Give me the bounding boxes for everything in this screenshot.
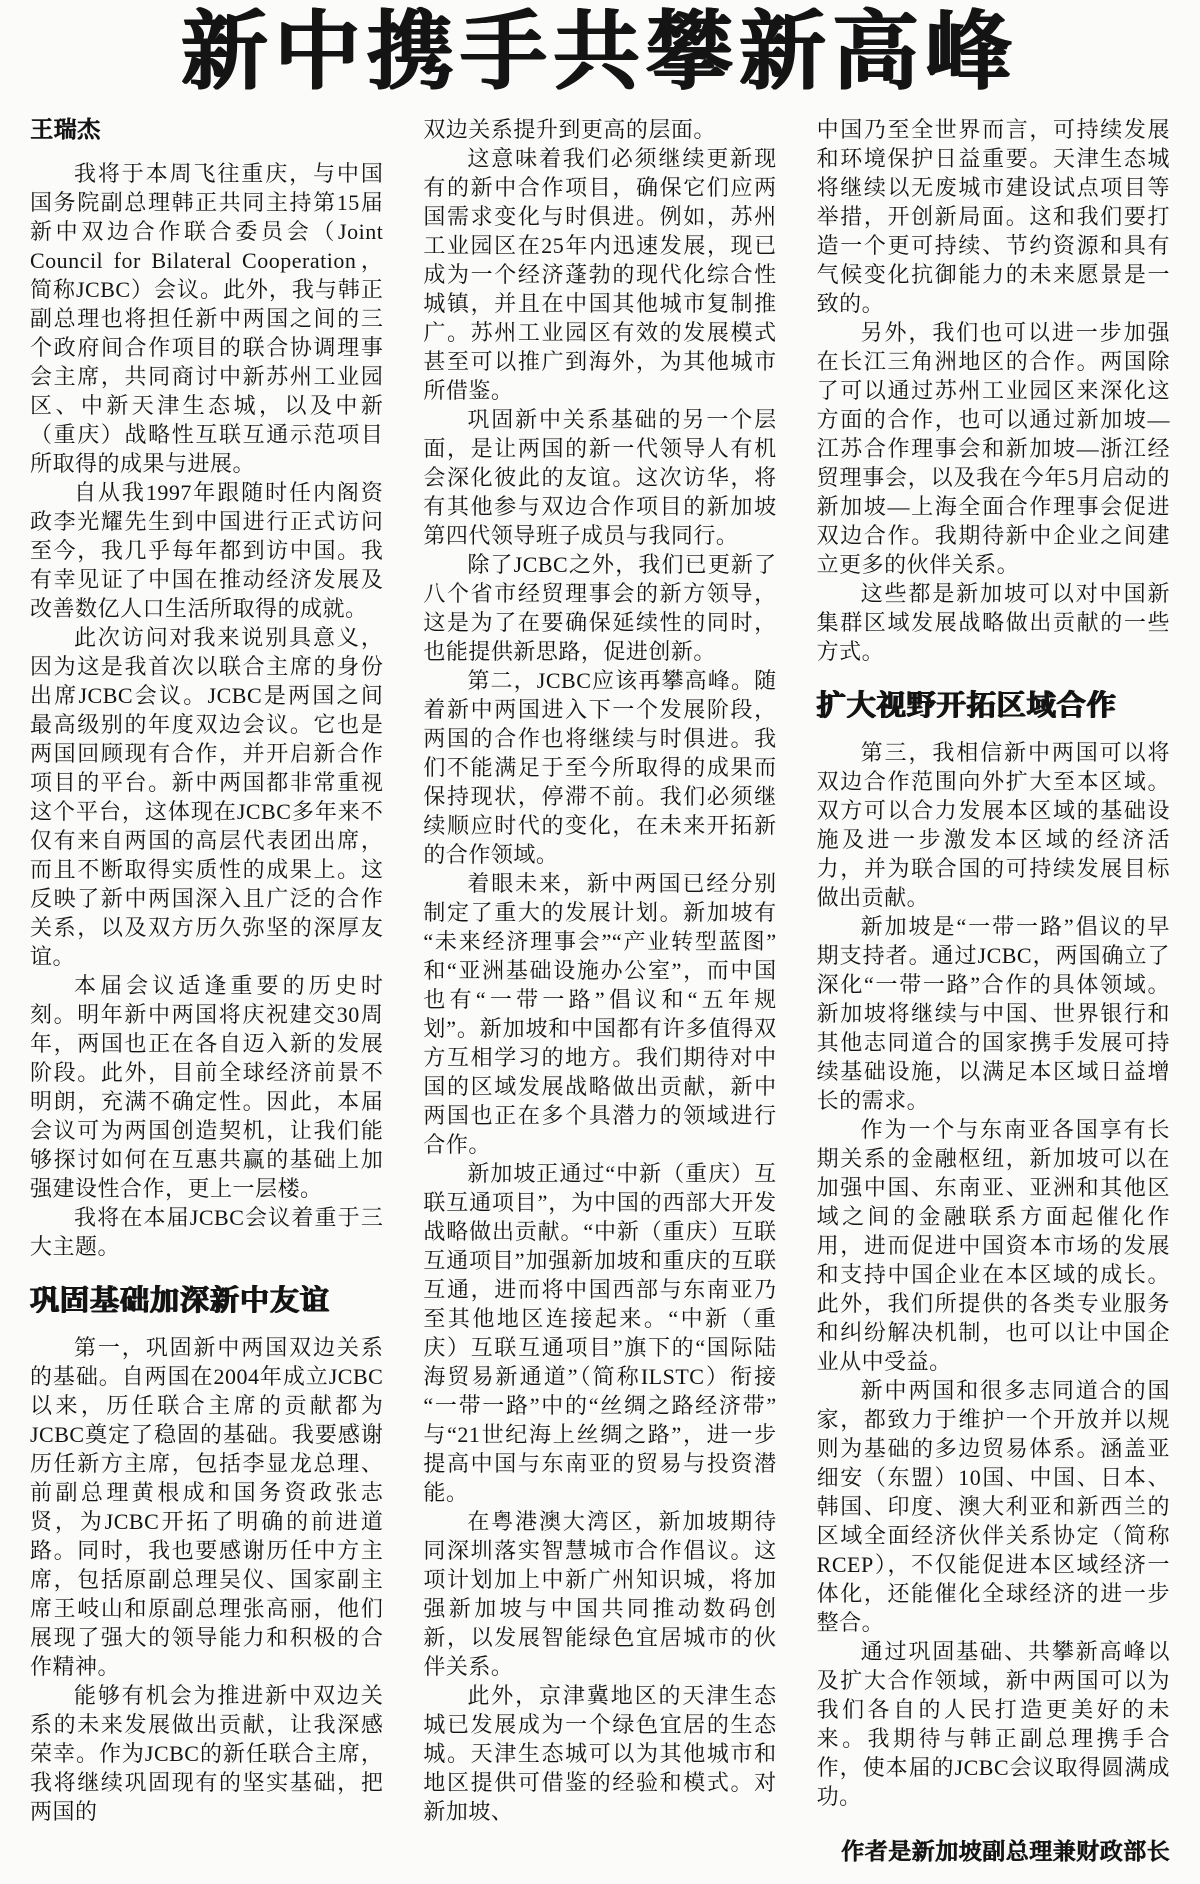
column-2: 双边关系提升到更高的层面。这意味着我们必须继续更新现有的新中合作项目，确保它们应… [423,115,776,1826]
section-heading: 扩大视野开拓区域合作 [817,688,1170,724]
paragraph: 作为一个与东南亚各国享有长期关系的金融枢纽，新加坡可以在加强中国、东南亚、亚洲和… [817,1115,1170,1376]
paragraph: 此外，京津冀地区的天津生态城已发展成为一个绿色宜居的生态城。天津生态城可以为其他… [423,1681,776,1826]
paragraph: 除了JCBC之外，我们已更新了八个省市经贸理事会的新方领导，这是为了在要确保延续… [423,550,776,666]
paragraph: 着眼未来，新中两国已经分别制定了重大的发展计划。新加坡有“未来经济理事会”“产业… [423,869,776,1159]
paragraph: 本届会议适逢重要的历史时刻。明年新中两国将庆祝建交30周年，两国也正在各自迈入新… [30,971,383,1203]
paragraph: 第一，巩固新中两国双边关系的基础。自两国在2004年成立JCBC以来，历任联合主… [30,1333,383,1681]
newspaper-page: 新中携手共攀新高峰 王瑞杰我将于本周飞往重庆，与中国国务院副总理韩正共同主持第1… [0,0,1200,1884]
paragraph: 自从我1997年跟随时任内阁资政李光耀先生到中国进行正式访问至今，我几乎每年都到… [30,478,383,623]
paragraph: 通过巩固基础、共攀新高峰以及扩大合作领域，新中两国可以为我们各自的人民打造更美好… [817,1637,1170,1811]
column-3: 中国乃至全世界而言，可持续发展和环境保护日益重要。天津生态城将继续以无废城市建设… [817,115,1170,1866]
paragraph: 巩固新中关系基础的另一个层面，是让两国的新一代领导人有机会深化彼此的友谊。这次访… [423,405,776,550]
author-name: 王瑞杰 [30,115,383,144]
paragraph-continuation: 双边关系提升到更高的层面。 [423,115,776,144]
paragraph: 另外，我们也可以进一步加强在长江三角洲地区的合作。两国除了可以通过苏州工业园区来… [817,318,1170,579]
paragraph: 这意味着我们必须继续更新现有的新中合作项目，确保它们应两国需求变化与时俱进。例如… [423,144,776,405]
byline: 作者是新加坡副总理兼财政部长 [817,1837,1170,1866]
article-columns: 王瑞杰我将于本周飞往重庆，与中国国务院副总理韩正共同主持第15届新中双边合作联合… [30,115,1170,1866]
paragraph-continuation: 中国乃至全世界而言，可持续发展和环境保护日益重要。天津生态城将继续以无废城市建设… [817,115,1170,318]
section-heading: 巩固基础加深新中友谊 [30,1283,383,1319]
paragraph: 新加坡是“一带一路”倡议的早期支持者。通过JCBC，两国确立了深化“一带一路”合… [817,912,1170,1115]
paragraph: 新加坡正通过“中新（重庆）互联互通项目”，为中国的西部大开发战略做出贡献。“中新… [423,1159,776,1507]
paragraph: 此次访问对我来说别具意义，因为这是我首次以联合主席的身份出席JCBC会议。JCB… [30,623,383,971]
paragraph: 能够有机会为推进新中双边关系的未来发展做出贡献，让我深感荣幸。作为JCBC的新任… [30,1681,383,1826]
paragraph: 我将于本周飞往重庆，与中国国务院副总理韩正共同主持第15届新中双边合作联合委员会… [30,159,383,478]
paragraph: 新中两国和很多志同道合的国家，都致力于维护一个开放并以规则为基础的多边贸易体系。… [817,1376,1170,1637]
paragraph: 第三，我相信新中两国可以将双边合作范围向外扩大至本区域。双方可以合力发展本区域的… [817,738,1170,912]
paragraph: 在粤港澳大湾区，新加坡期待同深圳落实智慧城市合作倡议。这项计划加上中新广州知识城… [423,1507,776,1681]
column-1: 王瑞杰我将于本周飞往重庆，与中国国务院副总理韩正共同主持第15届新中双边合作联合… [30,115,383,1826]
paragraph: 第二，JCBC应该再攀高峰。随着新中两国进入下一个发展阶段，两国的合作也将继续与… [423,666,776,869]
article-title: 新中携手共攀新高峰 [30,6,1170,99]
paragraph: 这些都是新加坡可以对中国新集群区域发展战略做出贡献的一些方式。 [817,579,1170,666]
paragraph: 我将在本届JCBC会议着重于三大主题。 [30,1203,383,1261]
